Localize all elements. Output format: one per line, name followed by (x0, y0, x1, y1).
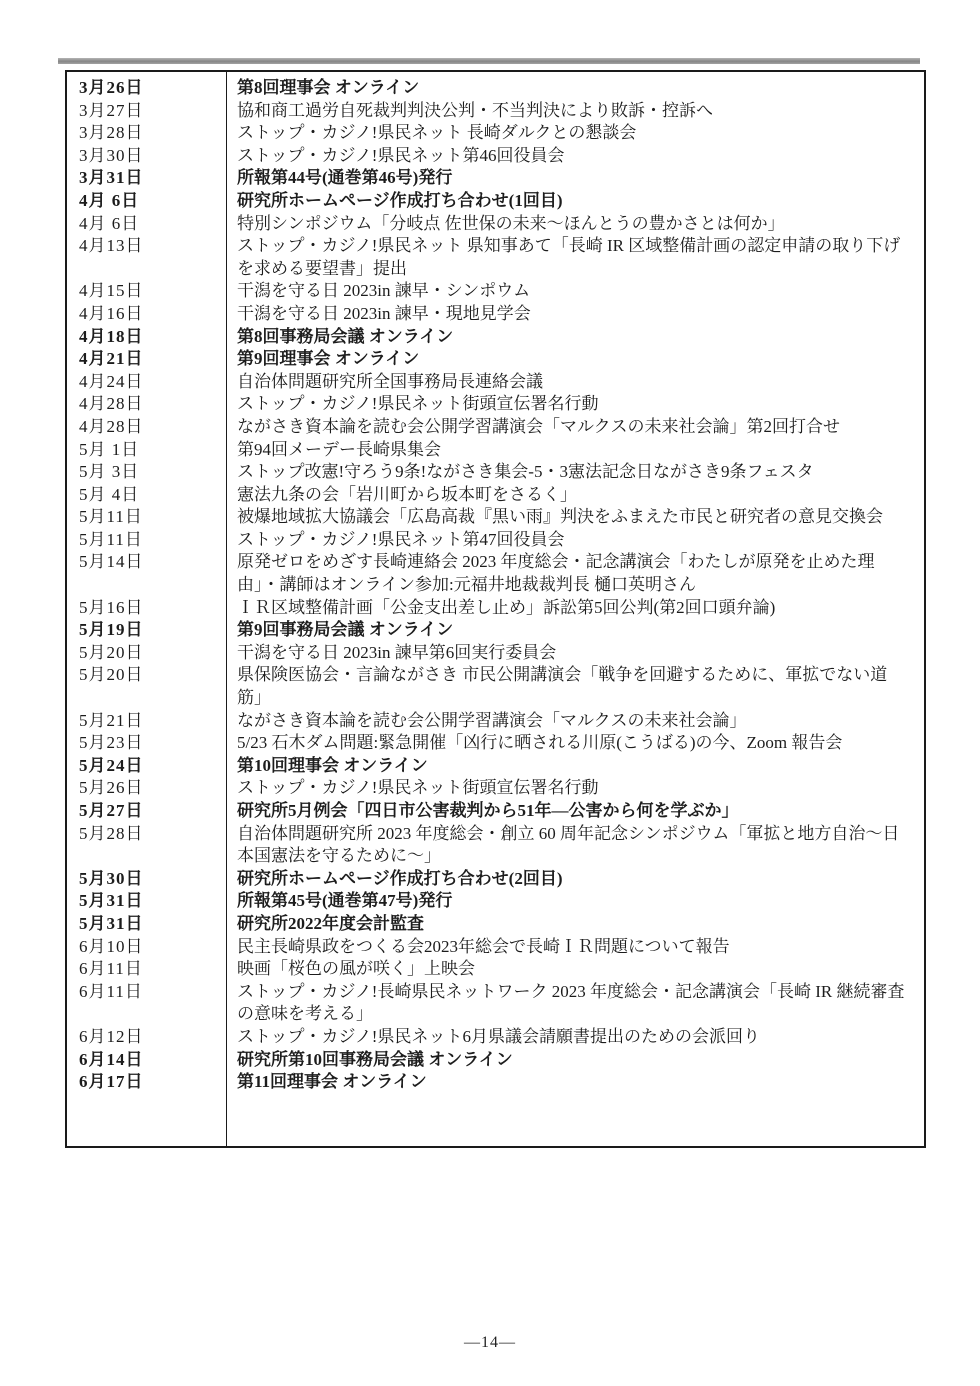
date-cell: 5月 4日 (67, 484, 227, 507)
table-row: 4月 6日研究所ホームページ作成打ち合わせ(1回目) (67, 190, 924, 213)
date-cell: 3月26日 (67, 77, 227, 100)
date-cell: 6月10日 (67, 936, 227, 959)
date-cell: 5月11日 (67, 506, 227, 529)
schedule-table-rows: 3月26日第8回理事会 オンライン3月27日協和商工過労自死裁判判決公判・不当判… (67, 77, 924, 1094)
table-row: 4月18日第8回事務局会議 オンライン (67, 326, 924, 349)
event-cell: 協和商工過労自死裁判判決公判・不当判決により敗訴・控訴へ (227, 100, 924, 123)
table-row: 4月28日ながさき資本論を読む会公開学習講演会「マルクスの未来社会論」第2回打合… (67, 416, 924, 439)
table-row: 5月27日研究所5月例会「四日市公害裁判から51年―公害から何を学ぶか」 (67, 800, 924, 823)
date-cell: 5月26日 (67, 777, 227, 800)
table-row: 6月10日民主長崎県政をつくる会2023年総会で長崎ＩＲ問題について報告 (67, 936, 924, 959)
table-row: 4月 6日特別シンポジウム「分岐点 佐世保の未来〜ほんとうの豊かさとは何か」 (67, 213, 924, 236)
date-cell: 4月 6日 (67, 213, 227, 236)
event-cell: 所報第45号(通巻第47号)発行 (227, 890, 924, 913)
date-cell: 5月16日 (67, 597, 227, 620)
date-cell: 5月 3日 (67, 461, 227, 484)
table-row: 5月31日所報第45号(通巻第47号)発行 (67, 890, 924, 913)
page-number: ―14― (0, 1334, 980, 1352)
table-row: 5月21日ながさき資本論を読む会公開学習講演会「マルクスの未来社会論」 (67, 710, 924, 733)
date-cell: 5月11日 (67, 529, 227, 552)
event-cell: ストップ・カジノ!長崎県民ネットワーク 2023 年度総会・記念講演会「長崎 I… (227, 981, 924, 1026)
date-cell: 4月18日 (67, 326, 227, 349)
date-cell: 4月16日 (67, 303, 227, 326)
event-cell: ストップ・カジノ!県民ネット第47回役員会 (227, 529, 924, 552)
date-cell: 3月28日 (67, 122, 227, 145)
table-row: 3月27日協和商工過労自死裁判判決公判・不当判決により敗訴・控訴へ (67, 100, 924, 123)
event-cell: 5/23 石木ダム問題:緊急開催「凶行に晒される川原(こうばる)の今、Zoom … (227, 732, 924, 755)
event-cell: 被爆地域拡大協議会「広島高裁『黒い雨』判決をふまえた市民と研究者の意見交換会 (227, 506, 924, 529)
date-cell: 5月24日 (67, 755, 227, 778)
table-row: 4月16日干潟を守る日 2023in 諫早・現地見学会 (67, 303, 924, 326)
event-cell: 研究所5月例会「四日市公害裁判から51年―公害から何を学ぶか」 (227, 800, 924, 823)
table-row: 5月14日原発ゼロをめざす長崎連絡会 2023 年度総会・記念講演会「わたしが原… (67, 551, 924, 596)
date-cell: 5月 1日 (67, 439, 227, 462)
table-row: 6月11日ストップ・カジノ!長崎県民ネットワーク 2023 年度総会・記念講演会… (67, 981, 924, 1026)
event-cell: ストップ・カジノ!県民ネット街頭宣伝署名行動 (227, 393, 924, 416)
table-row: 4月13日ストップ・カジノ!県民ネット 県知事あて「長崎 IR 区域整備計画の認… (67, 235, 924, 280)
date-cell: 6月14日 (67, 1049, 227, 1072)
event-cell: 特別シンポジウム「分岐点 佐世保の未来〜ほんとうの豊かさとは何か」 (227, 213, 924, 236)
event-cell: ながさき資本論を読む会公開学習講演会「マルクスの未来社会論」 (227, 710, 924, 733)
date-cell: 5月31日 (67, 890, 227, 913)
event-cell: 第94回メーデー長崎県集会 (227, 439, 924, 462)
table-row: 5月23日5/23 石木ダム問題:緊急開催「凶行に晒される川原(こうばる)の今、… (67, 732, 924, 755)
date-cell: 5月20日 (67, 642, 227, 665)
event-cell: 研究所ホームページ作成打ち合わせ(1回目) (227, 190, 924, 213)
table-row: 5月20日干潟を守る日 2023in 諫早第6回実行委員会 (67, 642, 924, 665)
table-row: 5月 4日憲法九条の会「岩川町から坂本町をさるく」 (67, 484, 924, 507)
table-row: 3月30日ストップ・カジノ!県民ネット第46回役員会 (67, 145, 924, 168)
date-cell: 6月12日 (67, 1026, 227, 1049)
table-row: 5月20日県保険医協会・言論ながさき 市民公開講演会「戦争を回避するために、軍拡… (67, 664, 924, 709)
event-cell: ＩＲ区域整備計画「公金支出差し止め」訴訟第5回公判(第2回口頭弁論) (227, 597, 924, 620)
event-cell: 憲法九条の会「岩川町から坂本町をさるく」 (227, 484, 924, 507)
date-cell: 4月28日 (67, 393, 227, 416)
date-cell: 6月11日 (67, 981, 227, 1004)
event-cell: 研究所2022年度会計監査 (227, 913, 924, 936)
table-row: 3月26日第8回理事会 オンライン (67, 77, 924, 100)
event-cell: 自治体問題研究所全国事務局長連絡会議 (227, 371, 924, 394)
date-cell: 5月19日 (67, 619, 227, 642)
table-row: 5月 1日第94回メーデー長崎県集会 (67, 439, 924, 462)
date-cell: 5月23日 (67, 732, 227, 755)
table-row: 4月24日自治体問題研究所全国事務局長連絡会議 (67, 371, 924, 394)
event-cell: ストップ・カジノ!県民ネット街頭宣伝署名行動 (227, 777, 924, 800)
event-cell: 第10回理事会 オンライン (227, 755, 924, 778)
table-row: 6月11日映画「桜色の風が咲く」上映会 (67, 958, 924, 981)
event-cell: 干潟を守る日 2023in 諫早・現地見学会 (227, 303, 924, 326)
date-cell: 4月 6日 (67, 190, 227, 213)
event-cell: 第8回理事会 オンライン (227, 77, 924, 100)
event-cell: ストップ・カジノ!県民ネット6月県議会請願書提出のための会派回り (227, 1026, 924, 1049)
table-row: 5月30日研究所ホームページ作成打ち合わせ(2回目) (67, 868, 924, 891)
table-row: 5月24日第10回理事会 オンライン (67, 755, 924, 778)
date-cell: 4月13日 (67, 235, 227, 258)
event-cell: 第11回理事会 オンライン (227, 1071, 924, 1094)
table-row: 4月15日干潟を守る日 2023in 諫早・シンポウム (67, 280, 924, 303)
table-row: 5月28日自治体問題研究所 2023 年度総会・創立 60 周年記念シンポジウム… (67, 823, 924, 868)
event-cell: 第8回事務局会議 オンライン (227, 326, 924, 349)
date-cell: 4月28日 (67, 416, 227, 439)
event-cell: 干潟を守る日 2023in 諫早・シンポウム (227, 280, 924, 303)
table-row: 5月31日研究所2022年度会計監査 (67, 913, 924, 936)
event-cell: 県保険医協会・言論ながさき 市民公開講演会「戦争を回避するために、軍拡でない道筋… (227, 664, 924, 709)
date-cell: 6月11日 (67, 958, 227, 981)
event-cell: 民主長崎県政をつくる会2023年総会で長崎ＩＲ問題について報告 (227, 936, 924, 959)
date-cell: 5月28日 (67, 823, 227, 846)
event-cell: ストップ・カジノ!県民ネット 長崎ダルクとの懇談会 (227, 122, 924, 145)
schedule-table: 3月26日第8回理事会 オンライン3月27日協和商工過労自死裁判判決公判・不当判… (65, 70, 926, 1148)
date-cell: 3月30日 (67, 145, 227, 168)
table-row: 5月 3日ストップ改憲!守ろう9条!ながさき集会-5・3憲法記念日ながさき9条フ… (67, 461, 924, 484)
event-cell: ストップ・カジノ!県民ネット第46回役員会 (227, 145, 924, 168)
event-cell: 原発ゼロをめざす長崎連絡会 2023 年度総会・記念講演会「わたしが原発を止めた… (227, 551, 924, 596)
section-divider-bar (58, 58, 920, 64)
date-cell: 4月15日 (67, 280, 227, 303)
date-cell: 4月21日 (67, 348, 227, 371)
event-cell: ストップ・カジノ!県民ネット 県知事あて「長崎 IR 区域整備計画の認定申請の取… (227, 235, 924, 280)
date-cell: 3月31日 (67, 167, 227, 190)
date-cell: 5月20日 (67, 664, 227, 687)
table-row: 5月19日第9回事務局会議 オンライン (67, 619, 924, 642)
event-cell: 干潟を守る日 2023in 諫早第6回実行委員会 (227, 642, 924, 665)
event-cell: ストップ改憲!守ろう9条!ながさき集会-5・3憲法記念日ながさき9条フェスタ (227, 461, 924, 484)
date-cell: 5月14日 (67, 551, 227, 574)
table-row: 5月16日ＩＲ区域整備計画「公金支出差し止め」訴訟第5回公判(第2回口頭弁論) (67, 597, 924, 620)
table-row: 6月12日ストップ・カジノ!県民ネット6月県議会請願書提出のための会派回り (67, 1026, 924, 1049)
date-cell: 5月21日 (67, 710, 227, 733)
event-cell: 第9回理事会 オンライン (227, 348, 924, 371)
event-cell: 研究所ホームページ作成打ち合わせ(2回目) (227, 868, 924, 891)
date-cell: 5月27日 (67, 800, 227, 823)
date-cell: 5月30日 (67, 868, 227, 891)
table-row: 4月21日第9回理事会 オンライン (67, 348, 924, 371)
table-row: 6月17日第11回理事会 オンライン (67, 1071, 924, 1094)
table-row: 4月28日ストップ・カジノ!県民ネット街頭宣伝署名行動 (67, 393, 924, 416)
table-row: 3月31日所報第44号(通巻第46号)発行 (67, 167, 924, 190)
date-cell: 5月31日 (67, 913, 227, 936)
date-cell: 3月27日 (67, 100, 227, 123)
date-cell: 6月17日 (67, 1071, 227, 1094)
table-row: 5月11日被爆地域拡大協議会「広島高裁『黒い雨』判決をふまえた市民と研究者の意見… (67, 506, 924, 529)
date-cell: 4月24日 (67, 371, 227, 394)
event-cell: 映画「桜色の風が咲く」上映会 (227, 958, 924, 981)
event-cell: 所報第44号(通巻第46号)発行 (227, 167, 924, 190)
event-cell: ながさき資本論を読む会公開学習講演会「マルクスの未来社会論」第2回打合せ (227, 416, 924, 439)
table-row: 5月26日ストップ・カジノ!県民ネット街頭宣伝署名行動 (67, 777, 924, 800)
event-cell: 自治体問題研究所 2023 年度総会・創立 60 周年記念シンポジウム「軍拡と地… (227, 823, 924, 868)
table-row: 3月28日ストップ・カジノ!県民ネット 長崎ダルクとの懇談会 (67, 122, 924, 145)
event-cell: 研究所第10回事務局会議 オンライン (227, 1049, 924, 1072)
event-cell: 第9回事務局会議 オンライン (227, 619, 924, 642)
table-row: 5月11日ストップ・カジノ!県民ネット第47回役員会 (67, 529, 924, 552)
table-row: 6月14日研究所第10回事務局会議 オンライン (67, 1049, 924, 1072)
